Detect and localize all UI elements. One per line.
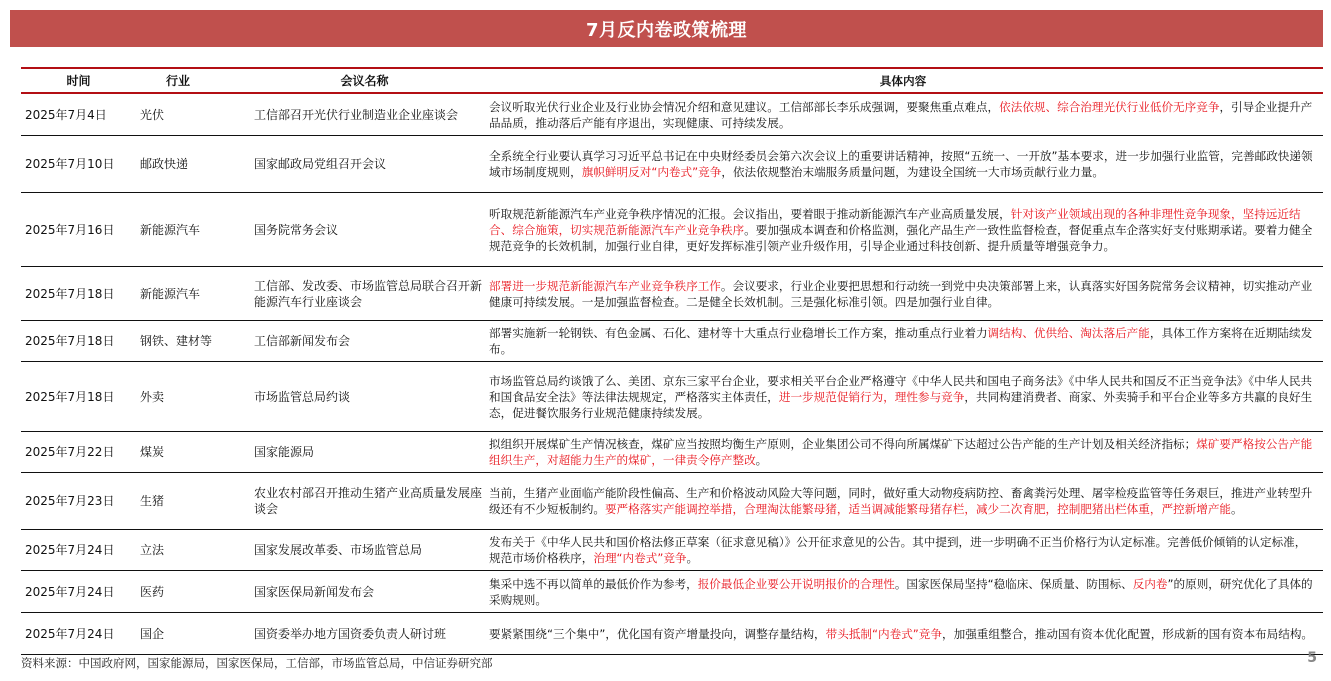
cell-industry: 钢铁、建材等 (140, 321, 254, 361)
cell-meeting: 国家邮政局党组召开会议 (254, 136, 487, 192)
cell-industry: 新能源汽车 (140, 193, 254, 266)
title-banner: 7月反内卷政策梳理 (10, 10, 1323, 47)
cell-date: 2025年7月24日 (21, 613, 140, 654)
cell-meeting: 工信部、发改委、市场监管总局联合召开新能源汽车行业座谈会 (254, 267, 487, 320)
cell-meeting: 工信部新闻发布会 (254, 321, 487, 361)
cell-detail: 当前，生猪产业面临产能阶段性偏高、生产和价格波动风险大等问题，同时，做好重大动物… (487, 473, 1323, 529)
cell-industry: 新能源汽车 (140, 267, 254, 320)
cell-date: 2025年7月18日 (21, 267, 140, 320)
cell-detail: 全系统全行业要认真学习习近平总书记在中央财经委员会第六次会议上的重要讲话精神，按… (487, 136, 1323, 192)
cell-date: 2025年7月22日 (21, 432, 140, 472)
highlight-text: 部署进一步规范新能源汽车产业竞争秩序工作 (489, 279, 721, 293)
highlight-text: 旗帜鲜明反对“内卷式”竞争 (582, 165, 722, 179)
cell-date: 2025年7月4日 (21, 94, 140, 135)
highlight-text: 依法依规、综合治理光伏行业低价无序竞争 (999, 100, 1219, 114)
table-header: 时间 行业 会议名称 具体内容 (21, 67, 1323, 94)
highlight-text: 进一步规范促销行为，理性参与竞争 (779, 390, 965, 404)
table-row: 2025年7月24日立法国家发展改革委、市场监管总局发布关于《中华人民共和国价格… (21, 530, 1323, 571)
cell-detail: 要紧紧围绕“三个集中”，优化国有资产增量投向，调整存量结构，带头抵制“内卷式”竞… (487, 613, 1323, 654)
table-row: 2025年7月22日煤炭国家能源局拟组织开展煤矿生产情况核查，煤矿应当按照均衡生… (21, 432, 1323, 473)
highlight-text: 治理“内卷式”竞争 (593, 551, 686, 565)
header-meeting: 会议名称 (250, 72, 483, 89)
cell-industry: 立法 (140, 530, 254, 570)
cell-industry: 邮政快递 (140, 136, 254, 192)
detail-text: 。 (687, 551, 699, 565)
page-number: 5 (1307, 650, 1317, 666)
cell-detail: 听取规范新能源汽车产业竞争秩序情况的汇报。会议指出，要着眼于推动新能源汽车产业高… (487, 193, 1323, 266)
detail-text: 听取规范新能源汽车产业竞争秩序情况的汇报。会议指出，要着眼于推动新能源汽车产业高… (489, 207, 1011, 221)
highlight-text: 要严格落实产能调控举措，合理淘汰能繁母猪，适当调减能繁母猪存栏，减少二次育肥，控… (605, 502, 1231, 516)
detail-text: 集采中选不再以简单的最低价作为参考， (489, 577, 698, 591)
header-industry: 行业 (136, 72, 250, 89)
cell-detail: 会议听取光伏行业企业及行业协会情况介绍和意见建议。工信部部长李乐成强调，要聚焦重… (487, 94, 1323, 135)
table-row: 2025年7月24日国企国资委举办地方国资委负责人研讨班要紧紧围绕“三个集中”，… (21, 613, 1323, 655)
header-date: 时间 (21, 72, 136, 89)
table-row: 2025年7月16日新能源汽车国务院常务会议听取规范新能源汽车产业竞争秩序情况的… (21, 193, 1323, 267)
table-row: 2025年7月23日生猪农业农村部召开推动生猪产业高质量发展座谈会当前，生猪产业… (21, 473, 1323, 530)
table-row: 2025年7月18日新能源汽车工信部、发改委、市场监管总局联合召开新能源汽车行业… (21, 267, 1323, 321)
detail-text: ，依法依规整治末端服务质量问题，为建设全国统一大市场贡献行业力量。 (721, 165, 1104, 179)
highlight-text: 报价最低企业要公开说明报价的合理性 (698, 577, 895, 591)
cell-date: 2025年7月18日 (21, 362, 140, 431)
cell-industry: 煤炭 (140, 432, 254, 472)
highlight-text: 反内卷 (1133, 577, 1168, 591)
detail-text: ，加强重组整合，推动国有资本优化配置，形成新的国有资本布局结构。 (942, 627, 1313, 641)
cell-meeting: 国家医保局新闻发布会 (254, 571, 487, 612)
cell-detail: 部署进一步规范新能源汽车产业竞争秩序工作。会议要求，行业企业要把思想和行动统一到… (487, 267, 1323, 320)
detail-text: 。国家医保局坚持“稳临床、保质量、防围标、 (895, 577, 1133, 591)
header-detail: 具体内容 (483, 73, 1323, 89)
cell-meeting: 农业农村部召开推动生猪产业高质量发展座谈会 (254, 473, 487, 529)
cell-industry: 外卖 (140, 362, 254, 431)
table-row: 2025年7月24日医药国家医保局新闻发布会集采中选不再以简单的最低价作为参考，… (21, 571, 1323, 613)
cell-industry: 医药 (140, 571, 254, 612)
cell-meeting: 国资委举办地方国资委负责人研讨班 (254, 613, 487, 654)
cell-date: 2025年7月23日 (21, 473, 140, 529)
cell-meeting: 市场监管总局约谈 (254, 362, 487, 431)
highlight-text: 带头抵制“内卷式”竞争 (826, 627, 942, 641)
cell-meeting: 国家能源局 (254, 432, 487, 472)
cell-detail: 拟组织开展煤矿生产情况核查，煤矿应当按照均衡生产原则，企业集团公司不得向所属煤矿… (487, 432, 1323, 472)
policy-table: 时间 行业 会议名称 具体内容 2025年7月4日光伏工信部召开光伏行业制造业企… (21, 67, 1323, 655)
cell-date: 2025年7月24日 (21, 571, 140, 612)
cell-date: 2025年7月10日 (21, 136, 140, 192)
cell-meeting: 工信部召开光伏行业制造业企业座谈会 (254, 94, 487, 135)
cell-meeting: 国家发展改革委、市场监管总局 (254, 530, 487, 570)
cell-detail: 部署实施新一轮钢铁、有色金属、石化、建材等十大重点行业稳增长工作方案，推动重点行… (487, 321, 1323, 361)
cell-detail: 发布关于《中华人民共和国价格法修正草案（征求意见稿）》公开征求意见的公告。其中提… (487, 530, 1323, 570)
detail-text: 部署实施新一轮钢铁、有色金属、石化、建材等十大重点行业稳增长工作方案，推动重点行… (489, 326, 988, 340)
table-row: 2025年7月4日光伏工信部召开光伏行业制造业企业座谈会会议听取光伏行业企业及行… (21, 94, 1323, 136)
cell-detail: 集采中选不再以简单的最低价作为参考，报价最低企业要公开说明报价的合理性。国家医保… (487, 571, 1323, 612)
cell-date: 2025年7月18日 (21, 321, 140, 361)
detail-text: 。 (756, 453, 768, 467)
table-row: 2025年7月18日钢铁、建材等工信部新闻发布会部署实施新一轮钢铁、有色金属、石… (21, 321, 1323, 362)
detail-text: 。 (1231, 502, 1243, 516)
cell-date: 2025年7月16日 (21, 193, 140, 266)
cell-date: 2025年7月24日 (21, 530, 140, 570)
page-title: 7月反内卷政策梳理 (586, 16, 747, 42)
table-row: 2025年7月10日邮政快递国家邮政局党组召开会议全系统全行业要认真学习习近平总… (21, 136, 1323, 193)
cell-meeting: 国务院常务会议 (254, 193, 487, 266)
cell-industry: 光伏 (140, 94, 254, 135)
source-note: 资料来源：中国政府网，国家能源局，国家医保局，工信部，市场监管总局，中信证券研究… (21, 655, 493, 671)
detail-text: 拟组织开展煤矿生产情况核查，煤矿应当按照均衡生产原则，企业集团公司不得向所属煤矿… (489, 437, 1196, 451)
highlight-text: 调结构、优供给、淘汰落后产能 (988, 326, 1150, 340)
detail-text: 要紧紧围绕“三个集中”，优化国有资产增量投向，调整存量结构， (489, 627, 826, 641)
cell-industry: 生猪 (140, 473, 254, 529)
table-body: 2025年7月4日光伏工信部召开光伏行业制造业企业座谈会会议听取光伏行业企业及行… (21, 94, 1323, 655)
cell-detail: 市场监管总局约谈饿了么、美团、京东三家平台企业，要求相关平台企业严格遵守《中华人… (487, 362, 1323, 431)
detail-text: 会议听取光伏行业企业及行业协会情况介绍和意见建议。工信部部长李乐成强调，要聚焦重… (489, 100, 999, 114)
table-row: 2025年7月18日外卖市场监管总局约谈市场监管总局约谈饿了么、美团、京东三家平… (21, 362, 1323, 432)
cell-industry: 国企 (140, 613, 254, 654)
